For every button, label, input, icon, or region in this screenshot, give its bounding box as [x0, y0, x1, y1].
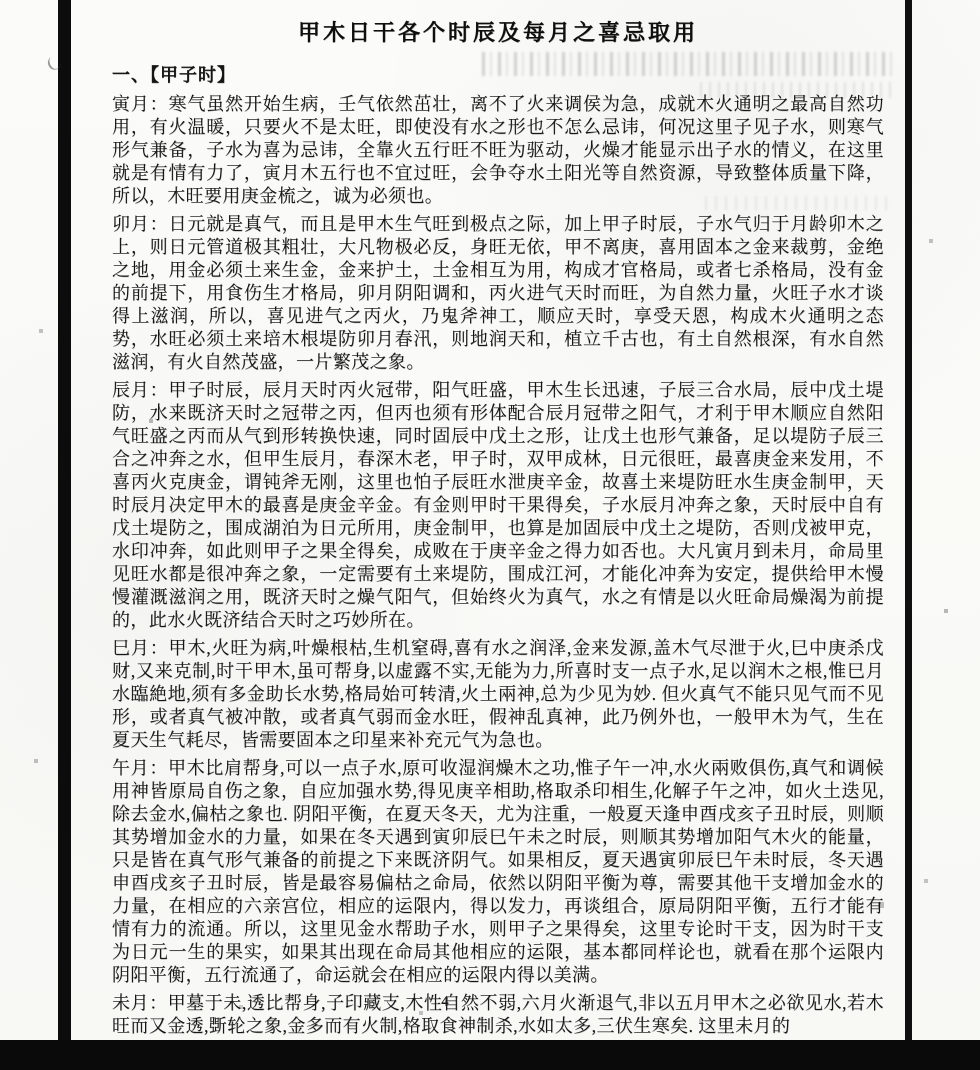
section-heading: 一、【甲子时】: [112, 61, 884, 87]
paragraph-text-yin: 寒气虽然开始生病，壬气依然茁壮，离不了火来调侯为急，成就木火通明之最高自然功用，…: [112, 94, 884, 206]
scan-noise-specks: [0, 0, 2, 2]
scanned-page: 甲木日干各个时辰及每月之喜忌取用 一、【甲子时】 寅月：寒气虽然开始生病，壬气依…: [0, 0, 980, 1070]
scan-edge-left: [58, 0, 71, 1070]
paragraph-yin-month: 寅月：寒气虽然开始生病，壬气依然茁壮，离不了火来调侯为急，成就木火通明之最高自然…: [112, 93, 884, 208]
month-label-yin: 寅月：: [112, 94, 169, 114]
paragraph-text-wu: 甲木比肩帮身,可以一点子水,原可收湿润燥木之功,惟子午一冲,水火兩败俱伤,真气和…: [112, 758, 884, 985]
paragraph-text-chen: 甲子时辰，辰月天时丙火冠带，阳气旺盛，甲木生长迅速，子辰三合水局，辰中戊土堤防，…: [112, 380, 884, 630]
month-label-wu: 午月：: [112, 758, 168, 778]
paragraph-text-wei: 甲墓于未,透比帮身,子印藏支,木性自然不弱,六月火渐退气,非以五月甲木之必欲见水…: [112, 993, 884, 1036]
month-label-mao: 卯月：: [112, 214, 169, 234]
paragraph-text-si: 甲木,火旺为病,叶燥根枯,生机窒碍,喜有水之润泽,金来发源,盖木气尽泄于火,巳中…: [112, 638, 884, 750]
paragraph-si-month: 巳月：甲木,火旺为病,叶燥根枯,生机窒碍,喜有水之润泽,金来发源,盖木气尽泄于火…: [112, 637, 884, 752]
page-number: 4: [430, 994, 460, 1011]
paragraph-chen-month: 辰月：甲子时辰，辰月天时丙火冠带，阳气旺盛，甲木生长迅速，子辰三合水局，辰中戊土…: [112, 379, 884, 632]
scan-edge-right: [905, 0, 912, 1070]
month-label-wei: 未月：: [112, 993, 168, 1013]
paragraph-wei-month: 未月：甲墓于未,透比帮身,子印藏支,木性自然不弱,六月火渐退气,非以五月甲木之必…: [112, 992, 884, 1038]
paragraph-text-mao: 日元就是真气，而且是甲木生气旺到极点之际，加上甲子时辰，子水气归于月龄卯木之上，…: [112, 214, 884, 372]
paragraph-wu-month: 午月：甲木比肩帮身,可以一点子水,原可收湿润燥木之功,惟子午一冲,水火兩败俱伤,…: [112, 757, 884, 987]
month-label-si: 巳月：: [112, 638, 169, 658]
page-title: 甲木日干各个时辰及每月之喜忌取用: [112, 16, 884, 47]
page-content: 甲木日干各个时辰及每月之喜忌取用 一、【甲子时】 寅月：寒气虽然开始生病，壬气依…: [112, 16, 884, 1043]
paragraph-mao-month: 卯月：日元就是真气，而且是甲木生气旺到极点之际，加上甲子时辰，子水气归于月龄卯木…: [112, 213, 884, 374]
scan-edge-bottom: [0, 1040, 980, 1070]
month-label-chen: 辰月：: [112, 380, 169, 400]
